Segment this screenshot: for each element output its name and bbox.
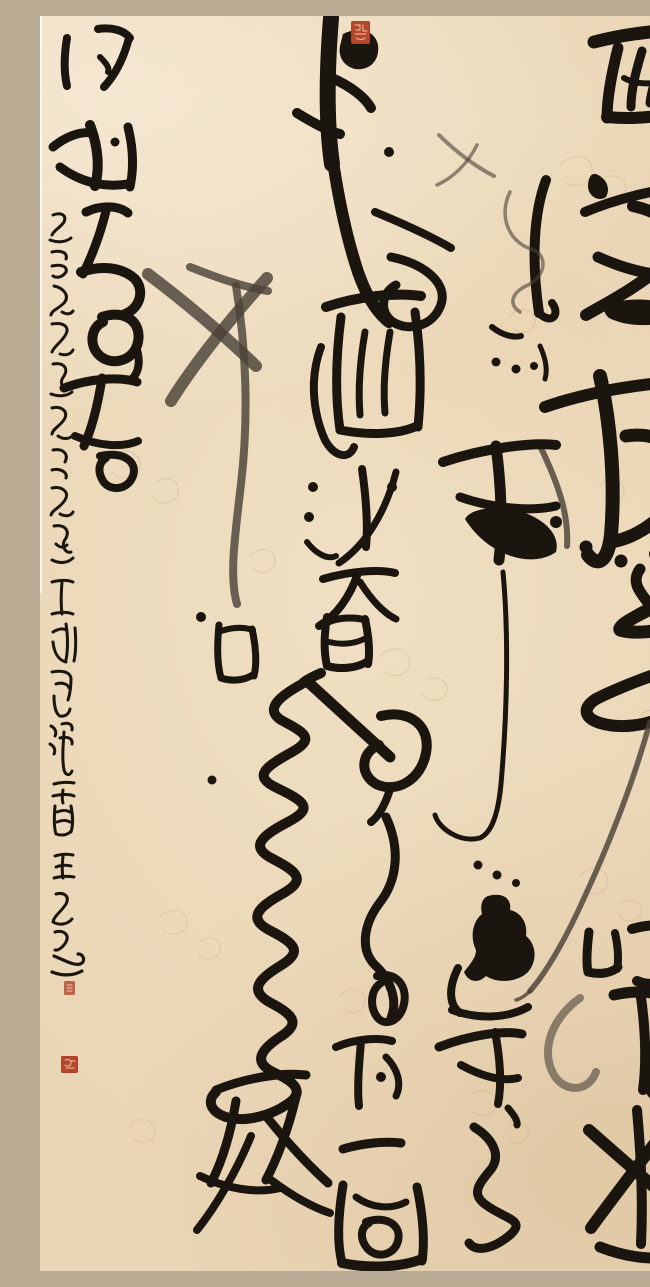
calligraphy-scroll: Chinese calligraphy hanging scroll wild …: [40, 16, 650, 1271]
seal-top-center: [351, 21, 370, 44]
calligraphy-column-1: [516, 31, 650, 1259]
seal-bottom-left: [61, 1056, 78, 1073]
calligraphy-column-3: [297, 18, 451, 1266]
inscription-column: [50, 214, 84, 975]
calligraphy-column-4: [53, 28, 330, 1230]
calligraphy-ink-layer: [40, 16, 650, 1271]
seal-below-signature: [64, 981, 75, 995]
